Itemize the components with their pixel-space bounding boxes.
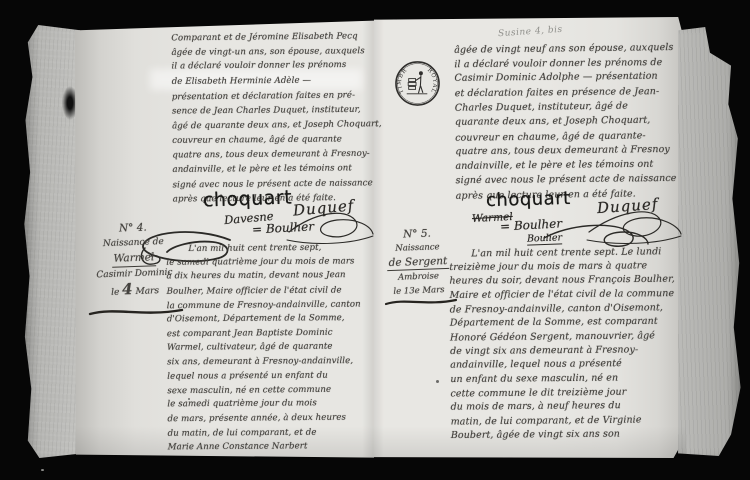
- handwritten-line: Casimir Dominic Adolphe — présentation: [454, 70, 682, 87]
- left-act-continuation-text: Comparant et de Jéromine Elisabeth Pecqâ…: [171, 29, 375, 207]
- handwritten-line: andainville, et le père et les témoins o…: [172, 161, 374, 177]
- date-prefix: le: [111, 288, 120, 298]
- handwritten-line: matin, de lui comparant, et de Virginie: [451, 413, 683, 430]
- margin-underline-flourish: [383, 295, 459, 309]
- handwritten-line: à dix heures du matin, devant nous Jean: [166, 268, 372, 284]
- register-scan: Susine 4, bis TIMBRE ROYAL Comparant et …: [0, 0, 750, 480]
- handwritten-line: six ans, demeurant à Fresnoy-andainville…: [167, 354, 373, 370]
- handwritten-line: âgée de vingt neuf ans son épouse, auxqu…: [454, 41, 682, 58]
- signature-choquart-left: choquart: [203, 186, 293, 211]
- timbre-royal-stamp: TIMBRE ROYAL: [394, 60, 441, 107]
- date-day: 4: [122, 280, 133, 298]
- handwritten-line: d'Oisemont, Département de la Somme,: [167, 311, 373, 327]
- ink-speck: [436, 380, 439, 383]
- left-act4-text: L'an mil huit cent trente sept,le samedi…: [166, 240, 373, 454]
- handwritten-line: lequel nous a présenté un enfant du: [167, 368, 373, 384]
- date-month: Mars: [135, 286, 159, 297]
- handwritten-line: sence de Jean Charles Duquet, instituteu…: [172, 102, 374, 118]
- handwritten-line: couvreur en chaume, âgé de quarante-: [455, 128, 683, 145]
- signature-flourish: [285, 206, 375, 244]
- handwritten-line: heures du soir, devant nous François Bou…: [449, 273, 681, 289]
- page-stack-right-edge: [678, 27, 746, 456]
- handwritten-line: est comparant Jean Baptiste Dominic: [167, 326, 373, 342]
- signature-choquart-right: choquart: [486, 188, 571, 211]
- handwritten-line: Département de la Somme, est comparant: [450, 315, 682, 331]
- handwritten-line: âgé de quarante deux ans, et Joseph Choq…: [172, 117, 374, 134]
- right-act-continuation-text: âgée de vingt neuf ans son épouse, auxqu…: [454, 41, 684, 204]
- handwritten-line: de mars, présente année, à deux heures: [167, 411, 373, 427]
- act-surname: Warmel: [111, 250, 156, 268]
- handwritten-line: andainville, lequel nous a présenté: [450, 357, 682, 373]
- handwritten-line: il a déclaré vouloir donner les prénoms: [171, 58, 373, 74]
- handwritten-line: Comparant et de Jéromine Elisabeth Pecq: [171, 29, 373, 46]
- handwritten-line: de Elisabeth Herminie Adèle —: [172, 73, 374, 89]
- handwritten-line: andainville, et le père et les témoins o…: [455, 157, 683, 174]
- handwritten-line: quarante deux ans, et Joseph Choquart,: [455, 113, 683, 130]
- handwritten-line: Boubert, âgée de vingt six ans son: [451, 427, 683, 443]
- handwritten-line: le samedi quatrième jour du mois: [167, 396, 373, 412]
- handwritten-line: quatre ans, tous deux demeurant à Fresno…: [172, 146, 374, 162]
- stamp-figure-icon: [407, 71, 428, 94]
- handwritten-line: L'an mil huit cent trente sept. Le lundi: [449, 245, 681, 262]
- right-act5-text: L'an mil huit cent trente sept. Le lundi…: [449, 245, 683, 443]
- handwritten-line: du mois de mars, à neuf heures du: [450, 399, 682, 415]
- handwritten-line: Marie Anne Constance Narbert: [168, 439, 374, 455]
- handwritten-line: Honoré Gédéon Sergent, manouvrier, âgé: [450, 329, 682, 346]
- margin-note-act5: N° 5. Naissance de Sergent Ambroise le 1…: [380, 226, 456, 300]
- handwritten-line: Boulher, Maire officier de l'état civil …: [167, 283, 373, 299]
- act-surname: de Sergent: [386, 254, 449, 271]
- dust-speck: [41, 469, 44, 471]
- handwritten-line: L'an mil huit cent trente sept,: [166, 240, 372, 256]
